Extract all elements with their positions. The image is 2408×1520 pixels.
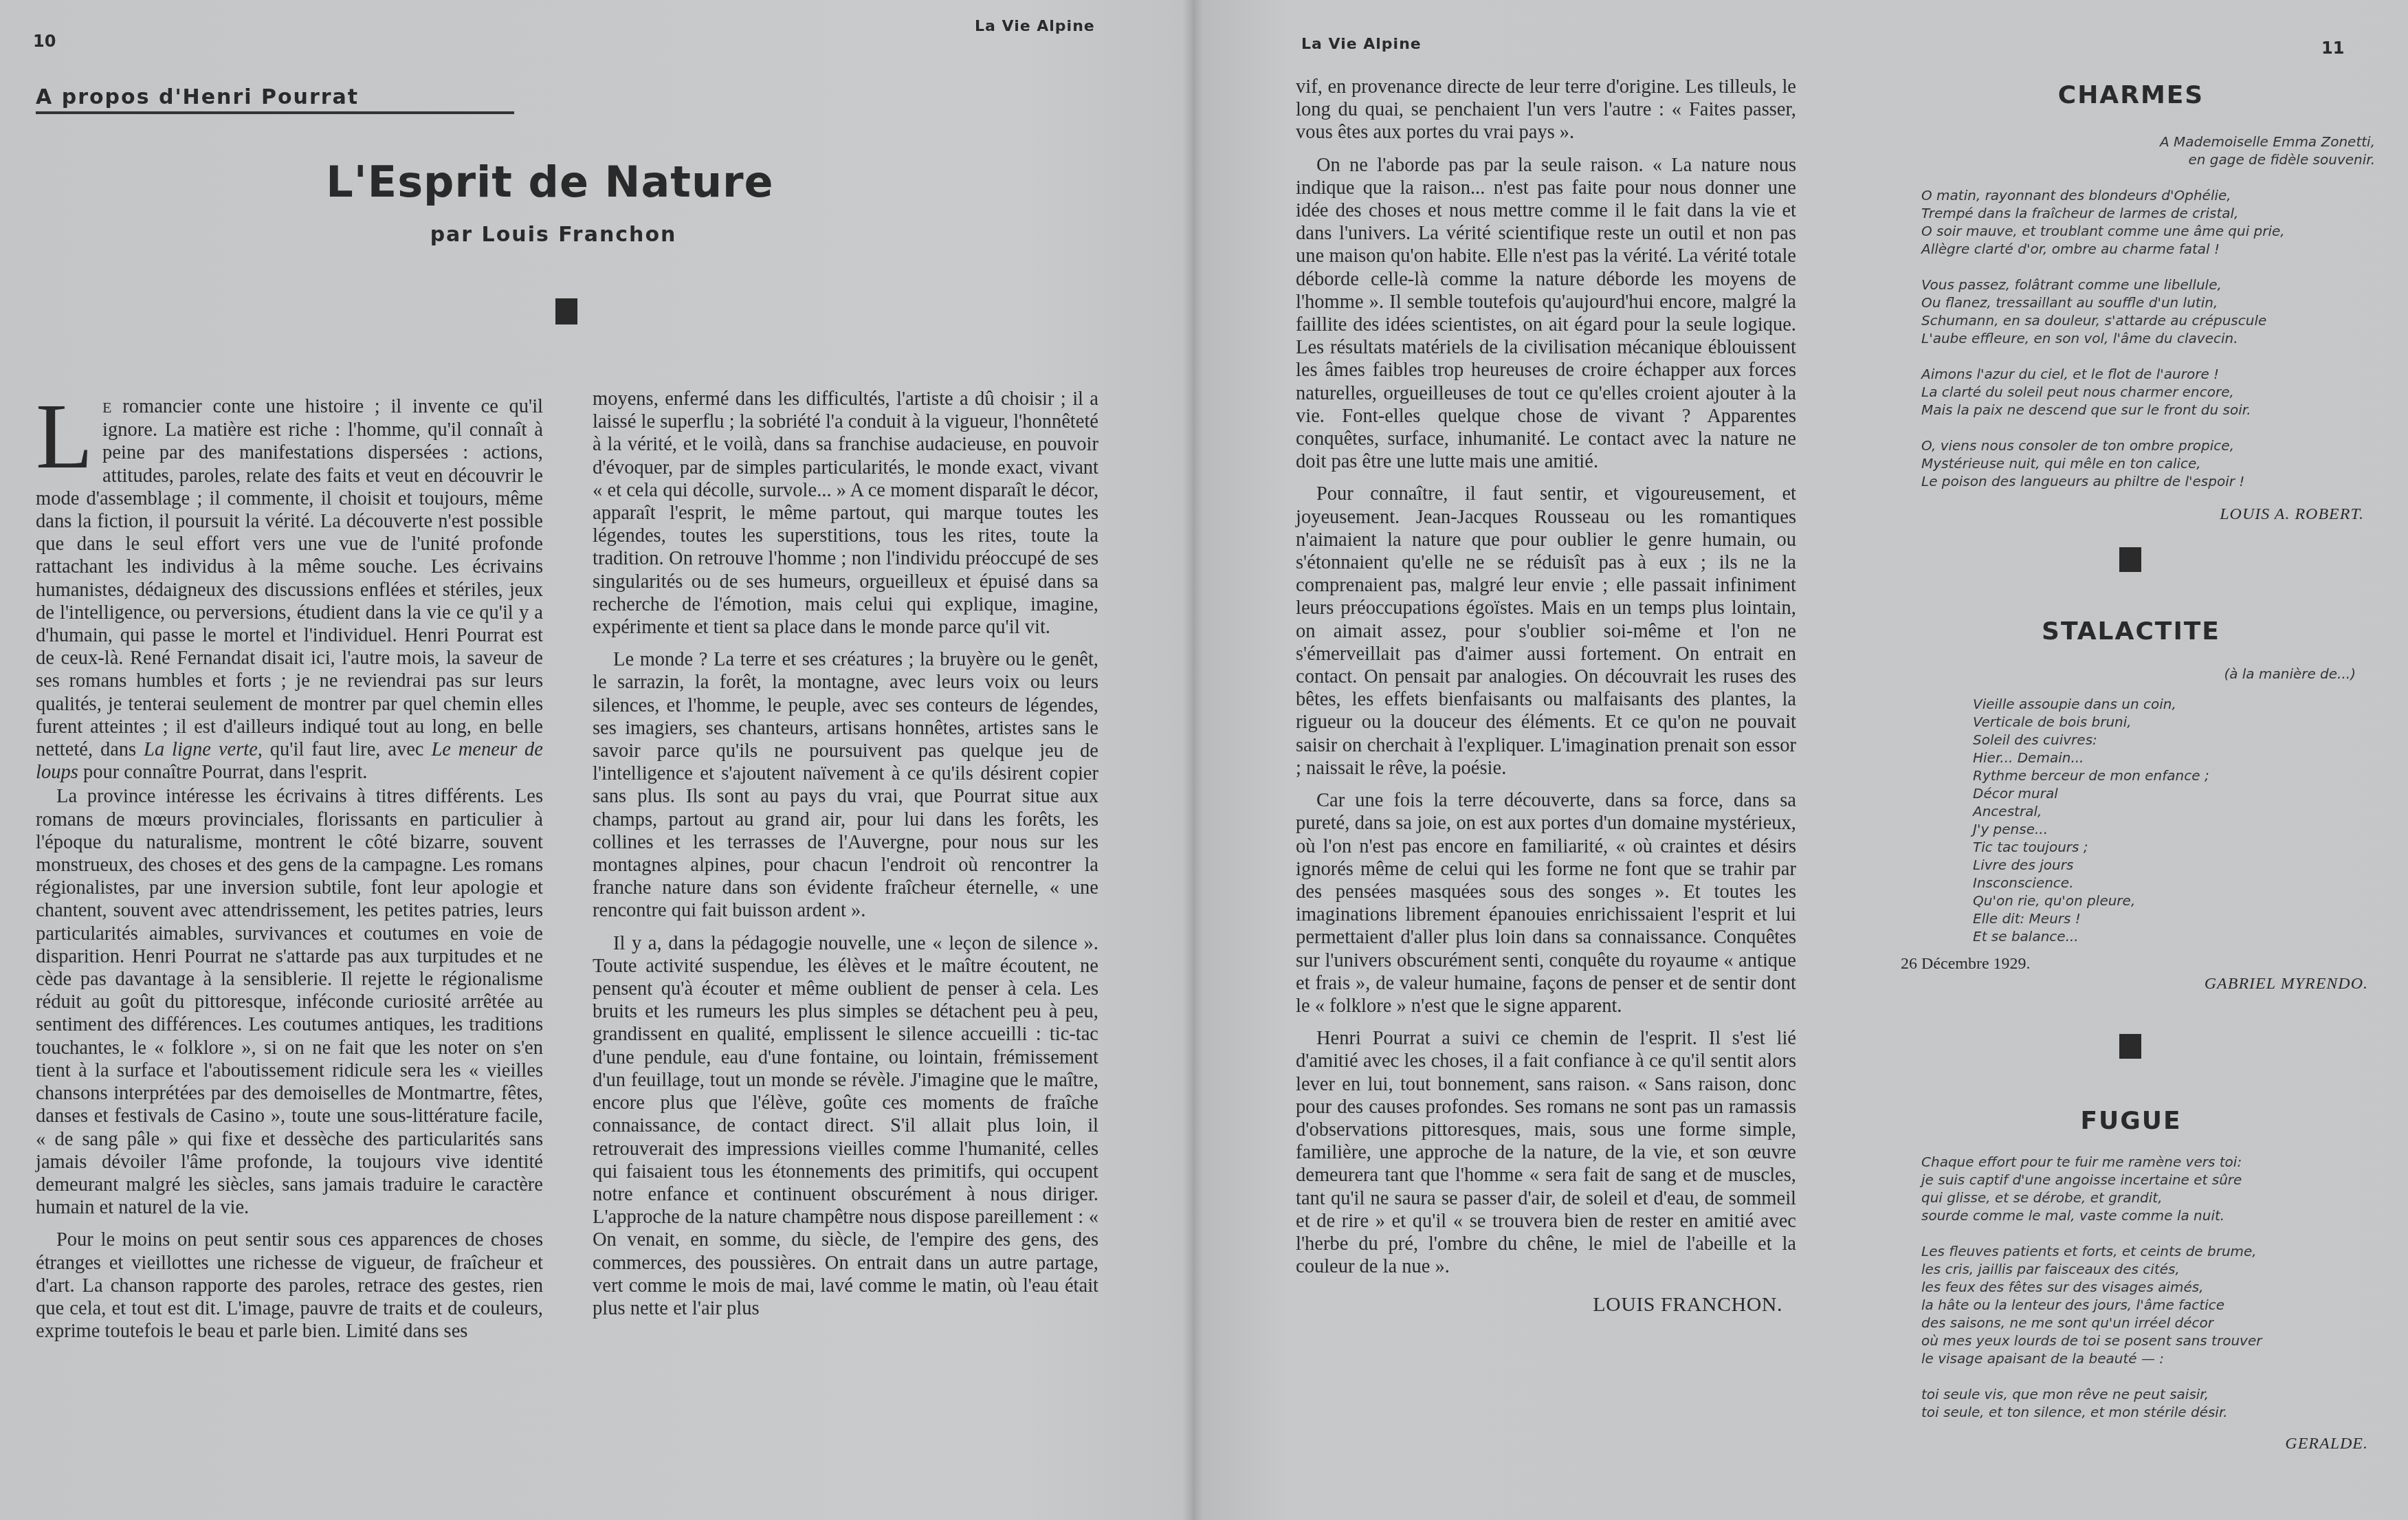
verse-line: Schumann, en sa douleur, s'attarde au cr… [1921,311,2375,329]
verse-line: toi seule, et ton silence, et mon stéril… [1921,1403,2375,1421]
paragraph-text: pour connaître Pourrat, dans l'esprit. [78,762,368,783]
left-page: 10 La Vie Alpine A propos d'Henri Pourra… [0,0,1193,1520]
page-number-right: 11 [2321,38,2344,58]
stanza: toi seule vis, que mon rêve ne peut sais… [1921,1385,2375,1421]
verse-line: Livre des jours [1973,856,2375,874]
poem-fugue: FUGUE Chaque effort pour te fuir me ramè… [1887,1107,2375,1453]
verse-line: Verticale de bois bruni, [1973,713,2375,731]
paragraph: La province intéresse les écrivains à ti… [36,785,543,1219]
paragraph: Car une fois la terre découverte, dans s… [1296,789,1796,1017]
verse-line: toi seule vis, que mon rêve ne peut sais… [1921,1385,2375,1403]
article-title-text: L'Esprit de Nature [326,157,773,207]
drop-cap: L [36,398,93,475]
verse-line: Trempé dans la fraîcheur de larmes de cr… [1921,204,2375,222]
verse-line: des saisons, ne me sont qu'un irréel déc… [1921,1314,2375,1332]
book-title-italic: La ligne verte [144,739,258,760]
dedication-line: (à la manière de...) [1887,665,2356,683]
page-number-left: 10 [33,32,56,51]
verse-line: L'aube effleure, en son vol, l'âme du cl… [1921,329,2375,347]
paragraph: LE romancier conte une histoire ; il inv… [36,395,543,784]
paragraph: Pour le moins on peut sentir sous ces ap… [36,1229,543,1343]
poem-body: Vieille assoupie dans un coin, Verticale… [1887,695,2375,945]
paragraph-text: , qu'il faut lire, avec [258,739,432,760]
section-ornament [2119,1034,2141,1059]
verse-line: Chaque effort pour te fuir me ramène ver… [1921,1153,2375,1171]
stanza: Chaque effort pour te fuir me ramène ver… [1921,1153,2375,1224]
section-ornament [555,298,577,324]
verse-line: Et se balance... [1973,927,2375,945]
verse-line: Vieille assoupie dans un coin, [1973,695,2375,713]
verse-line: Mystérieuse nuit, qui mêle en ton calice… [1921,454,2375,472]
stanza: Les fleuves patients et forts, et ceints… [1921,1242,2375,1367]
article-column-1: LE romancier conte une histoire ; il inv… [36,395,543,1343]
right-page: La Vie Alpine 11 vif, en provenance dire… [1193,0,2408,1520]
verse-line: je suis captif d'une angoisse incertaine… [1921,1171,2375,1189]
poem-charmes: CHARMES A Mademoiselle Emma Zonetti, en … [1887,81,2375,524]
verse-line: les feux des fêtes sur des visages aimés… [1921,1278,2375,1296]
book-gutter [1182,0,1203,1520]
running-head-right: La Vie Alpine [1301,36,1422,53]
poem-dedication: (à la manière de...) [1887,665,2375,683]
poem-body: Chaque effort pour te fuir me ramène ver… [1887,1153,2375,1421]
stanza: Vous passez, folâtrant comme une libellu… [1921,276,2375,347]
poem-dedication: A Mademoiselle Emma Zonetti, en gage de … [1887,133,2375,168]
verse-line: Allègre clarté d'or, ombre au charme fat… [1921,240,2375,258]
verse-line: Ou flanez, tressaillant au souffle d'un … [1921,294,2375,311]
verse-line: sourde comme le mal, vaste comme la nuit… [1921,1207,2375,1224]
verse-line: Insconscience. [1973,874,2375,892]
verse-line: Aimons l'azur du ciel, et le flot de l'a… [1921,365,2375,383]
article-kicker: A propos d'Henri Pourrat [36,85,359,109]
running-head-left: La Vie Alpine [975,18,1095,35]
paragraph-text: romancier conte une histoire ; il invent… [36,396,543,760]
article-column-3: vif, en provenance directe de leur terre… [1296,76,1796,1317]
stanza: Vieille assoupie dans un coin, Verticale… [1973,695,2375,945]
verse-line: Elle dit: Meurs ! [1973,910,2375,927]
lead-smallcap: E [102,399,111,416]
stanza: O matin, rayonnant des blondeurs d'Ophél… [1921,186,2375,258]
verse-line: O soir mauve, et troublant comme une âme… [1921,222,2375,240]
paragraph: Il y a, dans la pédagogie nouvelle, une … [593,932,1098,1320]
stanza: O, viens nous consoler de ton ombre prop… [1921,437,2375,490]
article-column-2: moyens, enfermé dans les difficultés, l'… [593,388,1098,1320]
article-title: L'Esprit de Nature [0,157,1127,207]
paragraph: moyens, enfermé dans les difficultés, l'… [593,388,1098,639]
verse-line: Hier... Demain... [1973,749,2375,767]
verse-line: le visage apaisant de la beauté — : [1921,1350,2375,1367]
paragraph: vif, en provenance directe de leur terre… [1296,76,1796,144]
paragraph: Le monde ? La terre et ses créatures ; l… [593,648,1098,922]
verse-line: Qu'on rie, qu'on pleure, [1973,892,2375,910]
verse-line: la hâte ou la lenteur des jours, l'âme f… [1921,1296,2375,1314]
verse-line: J'y pense... [1973,820,2375,838]
article-byline: par Louis Franchon [0,223,1134,247]
verse-line: Le poison des langueurs au philtre de l'… [1921,472,2375,490]
verse-line: O, viens nous consoler de ton ombre prop… [1921,437,2375,454]
poem-author: LOUIS A. ROBERT. [1887,505,2375,524]
paragraph: On ne l'aborde pas par la seule raison. … [1296,154,1796,474]
verse-line: les cris, jaillis par faisceaux des cité… [1921,1260,2375,1278]
dedication-line: A Mademoiselle Emma Zonetti, [1887,133,2375,151]
poem-title: STALACTITE [1887,617,2375,646]
poem-author: GABRIEL MYRENDO. [1887,975,2375,993]
verse-line: Vous passez, folâtrant comme une libellu… [1921,276,2375,294]
poem-body: O matin, rayonnant des blondeurs d'Ophél… [1887,186,2375,490]
paragraph: Henri Pourrat a suivi ce chemin de l'esp… [1296,1027,1796,1278]
paragraph: Pour connaître, il faut sentir, et vigou… [1296,483,1796,780]
article-signature: LOUIS FRANCHON. [1296,1293,1796,1316]
article-byline-text: par Louis Franchon [430,223,677,247]
poem-date: 26 Décembre 1929. [1887,955,2375,973]
verse-line: Soleil des cuivres: [1973,731,2375,749]
kicker-rule [36,111,514,114]
verse-line: où mes yeux lourds de toi se posent sans… [1921,1332,2375,1350]
verse-line: Mais la paix ne descend que sur le front… [1921,401,2375,419]
verse-line: Décor mural [1973,784,2375,802]
dedication-line: en gage de fidèle souvenir. [1887,151,2375,168]
verse-line: O matin, rayonnant des blondeurs d'Ophél… [1921,186,2375,204]
poem-stalactite: STALACTITE (à la manière de...) Vieille … [1887,617,2375,993]
verse-line: Les fleuves patients et forts, et ceints… [1921,1242,2375,1260]
poem-title: CHARMES [1887,81,2375,109]
stanza: Aimons l'azur du ciel, et le flot de l'a… [1921,365,2375,419]
poem-title: FUGUE [1887,1107,2375,1135]
verse-line: qui glisse, et se dérobe, et grandit, [1921,1189,2375,1207]
verse-line: Rythme berceur de mon enfance ; [1973,767,2375,784]
verse-line: Ancestral, [1973,802,2375,820]
section-ornament [2119,547,2141,572]
verse-line: Tic tac toujours ; [1973,838,2375,856]
verse-line: La clarté du soleil peut nous charmer en… [1921,383,2375,401]
poem-author: GERALDE. [1887,1435,2375,1453]
